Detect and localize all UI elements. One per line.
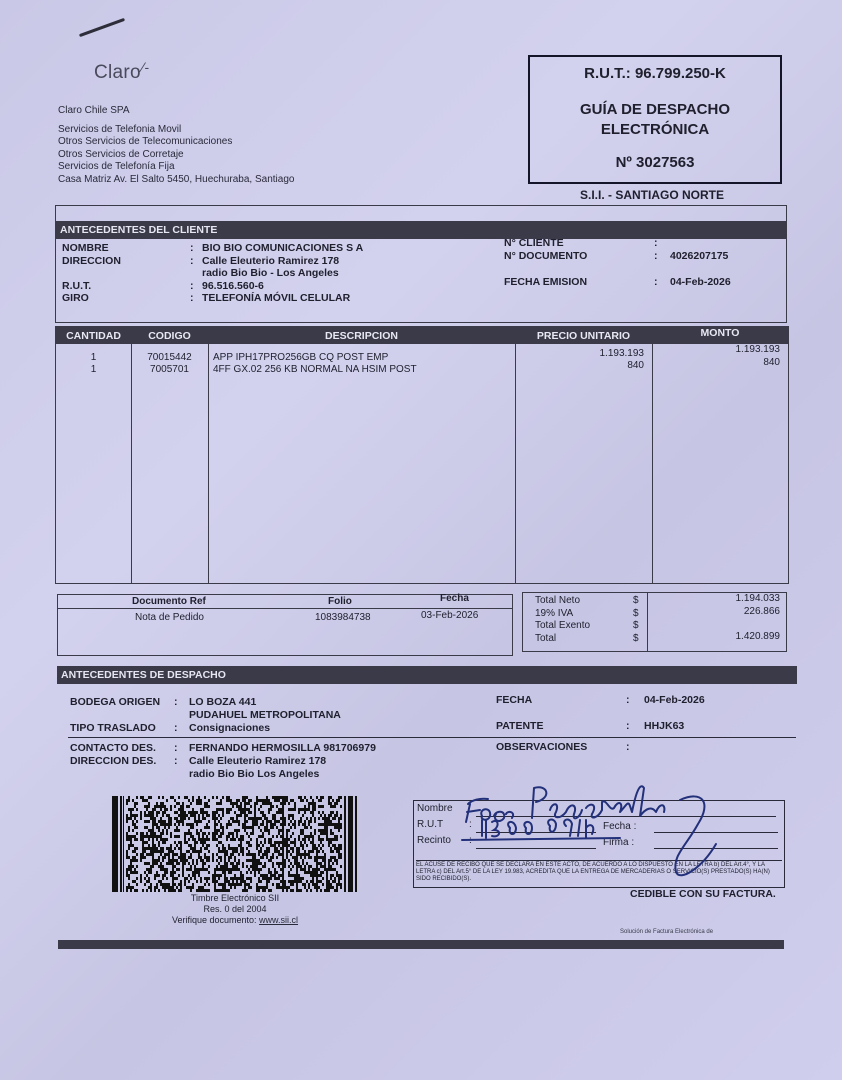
- colon: :: [190, 292, 202, 305]
- currency-symbol: $: [633, 633, 639, 646]
- direccion-des-2: radio Bio Bio Los Angeles: [189, 768, 319, 781]
- colon: :: [174, 722, 189, 735]
- cell-descripcion: APP IPH17PRO256GB CQ POST EMP: [213, 352, 388, 363]
- header-descripcion: DESCRIPCION: [208, 330, 515, 342]
- totals-divider: [647, 593, 648, 651]
- colon: :: [654, 250, 670, 263]
- company-address: Casa Matriz Av. El Salto 5450, Huechurab…: [58, 174, 294, 187]
- client-name: BIO BIO COMUNICACIONES S A: [202, 242, 363, 255]
- ref-fecha: 03-Feb-2026: [421, 610, 478, 621]
- timbre-line1: Timbre Electrónico SII: [150, 893, 320, 904]
- direccion-des-label: DIRECCION DES.: [70, 755, 174, 768]
- bodega-origen-1: LO BOZA 441: [189, 696, 256, 709]
- document-title-line2: ELECTRÓNICA: [530, 120, 780, 140]
- total-exento-label: Total Exento: [535, 620, 590, 633]
- client-fields-left: NOMBRE:BIO BIO COMUNICACIONES S A DIRECC…: [62, 242, 363, 305]
- iva-value: 226.866: [736, 606, 781, 619]
- timbre-electronico: Timbre Electrónico SII Res. 0 del 2004 V…: [150, 893, 320, 926]
- company-name: Claro Chile SPA: [58, 105, 294, 118]
- total-neto-label: Total Neto: [535, 595, 590, 608]
- fecha-emision: 04-Feb-2026: [670, 276, 731, 289]
- tipo-traslado-label: TIPO TRASLADO: [70, 722, 174, 735]
- cell-descripcion: 4FF GX.02 256 KB NORMAL NA HSIM POST: [213, 364, 417, 375]
- document-number: Nº 3027563: [530, 154, 780, 171]
- sii-office: S.I.I. - SANTIAGO NORTE: [580, 188, 724, 202]
- colon: :: [190, 280, 202, 293]
- ref-divider: [58, 608, 512, 609]
- colon: :: [190, 255, 202, 268]
- giro-label: GIRO: [62, 292, 190, 305]
- colon: :: [626, 720, 644, 733]
- solucion-text: Solución de Factura Electrónica de: [620, 929, 713, 935]
- contacto: FERNANDO HERMOSILLA 981706979: [189, 742, 376, 755]
- sii-link[interactable]: www.sii.cl: [259, 915, 298, 925]
- col-divider: [208, 327, 209, 583]
- bodega-origen-2: PUDAHUEL METROPOLITANA: [189, 709, 341, 722]
- total-value: 1.420.899: [736, 631, 781, 644]
- cliente-label: N° CLIENTE: [504, 237, 654, 250]
- document-title: GUÍA DE DESPACHO ELECTRÓNICA: [530, 100, 780, 140]
- client-address-2: radio Bio Bio - Los Angeles: [202, 267, 339, 280]
- company-info: Claro Chile SPA Servicios de Telefonia M…: [58, 105, 294, 187]
- rut-label: R.U.T.: [62, 280, 190, 293]
- patente: HHJK63: [644, 720, 684, 733]
- claro-logo: Claro⁄-: [94, 62, 150, 84]
- colon: :: [654, 276, 670, 289]
- cell-codigo: 70015442: [131, 352, 208, 363]
- direccion-label: DIRECCION: [62, 255, 190, 268]
- header-precio: PRECIO UNITARIO: [515, 330, 652, 342]
- iva-label: 19% IVA: [535, 608, 590, 621]
- cell-precio: 840: [515, 360, 644, 371]
- dispatch-fields-right: FECHA:04-Feb-2026 PATENTE:HHJK63 OBSERVA…: [496, 694, 705, 754]
- totals-box: Total Neto 19% IVA Total Exento Total $ …: [522, 592, 787, 652]
- contacto-label: CONTACTO DES.: [70, 742, 174, 755]
- dispatch-fecha-label: FECHA: [496, 694, 626, 707]
- total-label: Total: [535, 633, 590, 646]
- reference-table: Documento Ref Folio Fecha Nota de Pedido…: [57, 594, 513, 656]
- handwritten-signature: [440, 772, 740, 882]
- colon: :: [174, 696, 189, 709]
- total-neto-value: 1.194.033: [736, 593, 781, 606]
- timbre-line2: Res. 0 del 2004: [150, 904, 320, 915]
- direccion-des-1: Calle Eleuterio Ramirez 178: [189, 755, 326, 768]
- colon: :: [626, 741, 644, 754]
- colon: :: [654, 237, 670, 250]
- ref-folio: 1083984738: [315, 612, 371, 623]
- colon: :: [174, 755, 189, 768]
- colon: :: [626, 694, 644, 707]
- dispatch-fields-left: BODEGA ORIGEN:LO BOZA 441 PUDAHUEL METRO…: [70, 696, 341, 735]
- verify-label: Verifique documento:: [172, 915, 259, 925]
- dispatch-section-title: ANTECEDENTES DE DESPACHO: [57, 666, 797, 684]
- dispatch-fecha: 04-Feb-2026: [644, 694, 705, 707]
- footer-bar: [58, 940, 784, 949]
- document-title-line1: GUÍA DE DESPACHO: [530, 100, 780, 120]
- pdf417-barcode: [112, 796, 358, 892]
- client-section: ANTECEDENTES DEL CLIENTE NOMBRE:BIO BIO …: [55, 205, 787, 323]
- ref-header-fecha: Fecha: [440, 593, 469, 604]
- patente-label: PATENTE: [496, 720, 626, 733]
- client-giro: TELEFONÍA MÓVIL CELULAR: [202, 292, 350, 305]
- documento-label: N° DOCUMENTO: [504, 250, 654, 263]
- document-number-value: 4026207175: [670, 250, 728, 263]
- service-line: Otros Servicios de Corretaje: [58, 149, 294, 162]
- header-cantidad: CANTIDAD: [56, 330, 131, 342]
- pen-mark: [79, 18, 125, 37]
- header-monto: MONTO: [652, 327, 788, 339]
- colon: :: [174, 742, 189, 755]
- client-rut: 96.516.560-6: [202, 280, 264, 293]
- header-codigo: CODIGO: [131, 330, 208, 342]
- client-address-1: Calle Eleuterio Ramirez 178: [202, 255, 339, 268]
- cell-cantidad: 1: [56, 364, 131, 375]
- cedible-label: CEDIBLE CON SU FACTURA.: [630, 888, 776, 900]
- observaciones-label: OBSERVACIONES: [496, 741, 626, 754]
- logo-rays-icon: ⁄-: [142, 59, 150, 75]
- fecha-emision-label: FECHA EMISION: [504, 276, 654, 289]
- service-line: Otros Servicios de Telecomunicaciones: [58, 136, 294, 149]
- totals-labels: Total Neto 19% IVA Total Exento Total: [535, 595, 590, 645]
- total-exento-value: [736, 618, 781, 631]
- tipo-traslado: Consignaciones: [189, 722, 270, 735]
- issuer-rut: R.U.T.: 96.799.250-K: [530, 65, 780, 82]
- cell-cantidad: 1: [56, 352, 131, 363]
- bodega-label: BODEGA ORIGEN: [70, 696, 174, 709]
- cell-monto: 840: [652, 357, 780, 368]
- ref-documento: Nota de Pedido: [135, 612, 204, 623]
- dispatch-contact: CONTACTO DES.:FERNANDO HERMOSILLA 981706…: [70, 742, 376, 781]
- items-table: CANTIDAD CODIGO DESCRIPCION PRECIO UNITA…: [55, 326, 789, 584]
- ref-header-documento: Documento Ref: [132, 596, 206, 607]
- cell-precio: 1.193.193: [515, 348, 644, 359]
- colon: :: [190, 242, 202, 255]
- currency-symbol: $: [633, 608, 639, 621]
- totals-values: 1.194.033 226.866 1.420.899: [736, 593, 781, 643]
- cell-codigo: 7005701: [131, 364, 208, 375]
- document-id-box: R.U.T.: 96.799.250-K GUÍA DE DESPACHO EL…: [528, 55, 782, 184]
- nombre-label: NOMBRE: [62, 242, 190, 255]
- currency-symbol: $: [633, 620, 639, 633]
- service-line: Servicios de Telefonía Fija: [58, 161, 294, 174]
- cell-monto: 1.193.193: [652, 344, 780, 355]
- service-line: Servicios de Telefonia Movil: [58, 124, 294, 137]
- client-fields-right: N° CLIENTE: N° DOCUMENTO:4026207175 FECH…: [504, 237, 731, 289]
- currency-symbol: $: [633, 595, 639, 608]
- ref-header-folio: Folio: [328, 596, 352, 607]
- totals-currency: $ $ $ $: [633, 595, 639, 645]
